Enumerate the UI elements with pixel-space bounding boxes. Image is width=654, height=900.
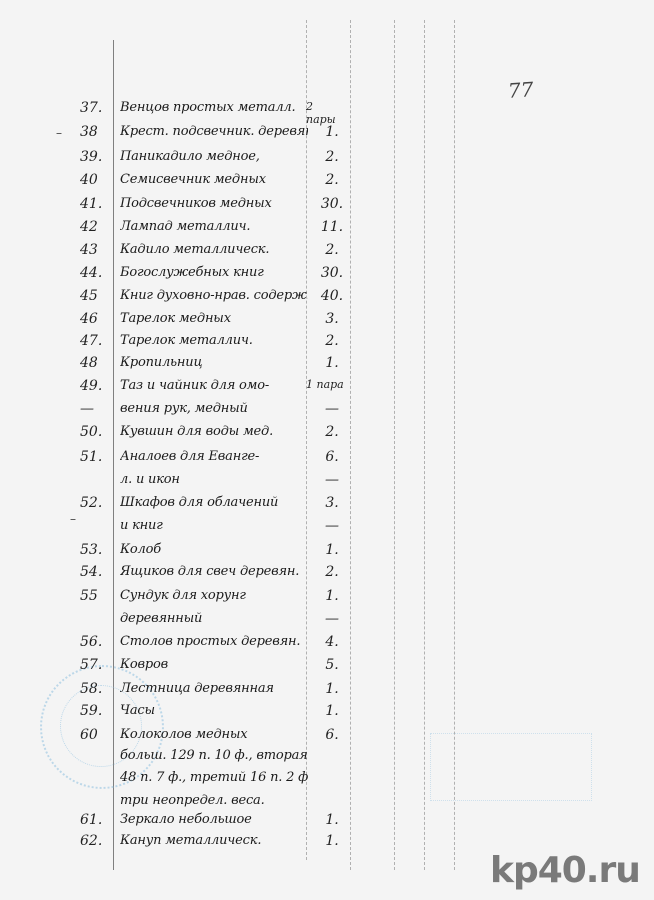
- item-quantity: 2 пары: [306, 100, 346, 126]
- document-page: 77 – – 37.Венцов простых металл.2 пары38…: [0, 0, 654, 900]
- item-description: Часы: [120, 703, 308, 718]
- item-number: 60: [80, 727, 114, 743]
- table-row: 43Кадило металлическ.2.: [0, 242, 654, 264]
- table-row: и книг—: [0, 518, 654, 540]
- item-number: 54.: [80, 564, 114, 580]
- item-quantity: —: [312, 472, 352, 488]
- item-number: 53.: [80, 542, 114, 558]
- item-quantity: 1.: [312, 703, 352, 719]
- table-row: 55Сундук для хорунг1.: [0, 588, 654, 610]
- item-description: Ковров: [120, 657, 308, 672]
- item-quantity: 2.: [312, 242, 352, 258]
- item-number: 49.: [80, 378, 114, 394]
- item-description: Паникадило медное,: [120, 149, 308, 164]
- item-quantity: 2.: [312, 149, 352, 165]
- item-number: 52.: [80, 495, 114, 511]
- item-number: 51.: [80, 449, 114, 465]
- item-description: Колоб: [120, 542, 308, 557]
- item-number: 39.: [80, 149, 114, 165]
- item-number: 59.: [80, 703, 114, 719]
- item-quantity: 6.: [312, 727, 352, 743]
- table-row: 46Тарелок медных3.: [0, 311, 654, 333]
- item-number: 58.: [80, 681, 114, 697]
- item-quantity: 2.: [312, 172, 352, 188]
- table-row: 51.Аналоев для Еванге-6.: [0, 449, 654, 471]
- item-description: деревянный: [120, 611, 308, 626]
- item-number: 56.: [80, 634, 114, 650]
- table-row: 41.Подсвечников медных30.: [0, 196, 654, 218]
- item-number: 37.: [80, 100, 114, 116]
- item-number: 48: [80, 355, 114, 371]
- item-quantity: 30.: [312, 265, 352, 281]
- table-row: —вения рук, медный—: [0, 401, 654, 423]
- item-description: Кадило металлическ.: [120, 242, 308, 257]
- item-description: Зеркало небольшое: [120, 812, 308, 827]
- item-quantity: 1.: [312, 812, 352, 828]
- item-description: больш. 129 п. 10 ф., вторая: [120, 748, 308, 763]
- item-quantity: 4.: [312, 634, 352, 650]
- item-description: Книг духовно-нрав. содерж.: [120, 288, 308, 303]
- item-number: 45: [80, 288, 114, 304]
- item-description: Аналоев для Еванге-: [120, 449, 308, 464]
- item-description: Венцов простых металл.: [120, 100, 308, 115]
- table-row: больш. 129 п. 10 ф., вторая: [0, 748, 654, 770]
- table-row: 60Колоколов медных6.: [0, 727, 654, 749]
- item-quantity: 5.: [312, 657, 352, 673]
- item-quantity: 11.: [312, 219, 352, 235]
- item-description: Кувшин для воды мед.: [120, 424, 308, 439]
- item-number: 50.: [80, 424, 114, 440]
- item-quantity: 1.: [312, 124, 352, 140]
- table-row: 53.Колоб1.: [0, 542, 654, 564]
- item-description: Богослужебных книг: [120, 265, 308, 280]
- item-quantity: 1 пара: [306, 378, 346, 391]
- item-quantity: —: [312, 401, 352, 417]
- table-row: 48 п. 7 ф., третий 16 п. 2 ф. и: [0, 770, 654, 792]
- table-row: 49.Таз и чайник для омо-1 пара: [0, 378, 654, 400]
- table-row: 45Книг духовно-нрав. содерж.40.: [0, 288, 654, 310]
- item-quantity: 1.: [312, 588, 352, 604]
- table-row: 42Лампад металлич.11.: [0, 219, 654, 241]
- item-number: 40: [80, 172, 114, 188]
- table-row: 48Кропильниц1.: [0, 355, 654, 377]
- item-description: Тарелок металлич.: [120, 333, 308, 348]
- item-quantity: 1.: [312, 833, 352, 849]
- table-row: 52.Шкафов для облачений3.: [0, 495, 654, 517]
- item-quantity: 3.: [312, 495, 352, 511]
- item-description: л. и икон: [120, 472, 308, 487]
- item-description: Крест. подсвечник. деревянн.: [120, 124, 308, 139]
- item-quantity: 30.: [312, 196, 352, 212]
- item-quantity: 40.: [312, 288, 352, 304]
- table-row: 37.Венцов простых металл.2 пары: [0, 100, 654, 122]
- item-number: 47.: [80, 333, 114, 349]
- item-quantity: 2.: [312, 333, 352, 349]
- table-row: 54.Ящиков для свеч деревян.2.: [0, 564, 654, 586]
- table-row: 61.Зеркало небольшое1.: [0, 812, 654, 834]
- item-description: 48 п. 7 ф., третий 16 п. 2 ф. и: [120, 770, 308, 785]
- item-quantity: —: [312, 611, 352, 627]
- item-quantity: 6.: [312, 449, 352, 465]
- item-number: —: [80, 401, 114, 417]
- site-watermark: kp40.ru: [490, 850, 640, 891]
- table-row: 59.Часы1.: [0, 703, 654, 725]
- item-number: 55: [80, 588, 114, 604]
- table-row: 50.Кувшин для воды мед.2.: [0, 424, 654, 446]
- item-description: Столов простых деревян.: [120, 634, 308, 649]
- item-number: 61.: [80, 812, 114, 828]
- item-description: Лестница деревянная: [120, 681, 308, 696]
- item-description: вения рук, медный: [120, 401, 308, 416]
- item-description: и книг: [120, 518, 308, 533]
- table-row: 56.Столов простых деревян.4.: [0, 634, 654, 656]
- item-number: 42: [80, 219, 114, 235]
- item-number: 43: [80, 242, 114, 258]
- item-description: Кануп металлическ.: [120, 833, 308, 848]
- item-number: 44.: [80, 265, 114, 281]
- item-number: 41.: [80, 196, 114, 212]
- item-description: Тарелок медных: [120, 311, 308, 326]
- item-quantity: 3.: [312, 311, 352, 327]
- table-row: 57.Ковров5.: [0, 657, 654, 679]
- item-number: 57.: [80, 657, 114, 673]
- table-row: л. и икон—: [0, 472, 654, 494]
- folio-number: 77: [507, 77, 534, 103]
- table-row: 39.Паникадило медное,2.: [0, 149, 654, 171]
- item-quantity: 2.: [312, 424, 352, 440]
- item-number: 46: [80, 311, 114, 327]
- item-number: 38: [80, 124, 114, 140]
- item-quantity: 1.: [312, 355, 352, 371]
- item-description: Кропильниц: [120, 355, 308, 370]
- item-description: Сундук для хорунг: [120, 588, 308, 603]
- item-description: Колоколов медных: [120, 727, 308, 742]
- item-quantity: 2.: [312, 564, 352, 580]
- table-row: 47.Тарелок металлич.2.: [0, 333, 654, 355]
- table-row: 38Крест. подсвечник. деревянн.1.: [0, 124, 654, 146]
- item-quantity: —: [312, 518, 352, 534]
- table-row: 58.Лестница деревянная1.: [0, 681, 654, 703]
- item-description: Подсвечников медных: [120, 196, 308, 211]
- item-description: Таз и чайник для омо-: [120, 378, 308, 393]
- table-row: 44.Богослужебных книг30.: [0, 265, 654, 287]
- table-row: 40Семисвечник медных2.: [0, 172, 654, 194]
- item-description: Ящиков для свеч деревян.: [120, 564, 308, 579]
- item-quantity: 1.: [312, 542, 352, 558]
- item-description: три неопредел. веса.: [120, 793, 308, 808]
- table-row: деревянный—: [0, 611, 654, 633]
- item-description: Лампад металлич.: [120, 219, 308, 234]
- item-description: Шкафов для облачений: [120, 495, 308, 510]
- item-number: 62.: [80, 833, 114, 849]
- item-quantity: 1.: [312, 681, 352, 697]
- item-description: Семисвечник медных: [120, 172, 308, 187]
